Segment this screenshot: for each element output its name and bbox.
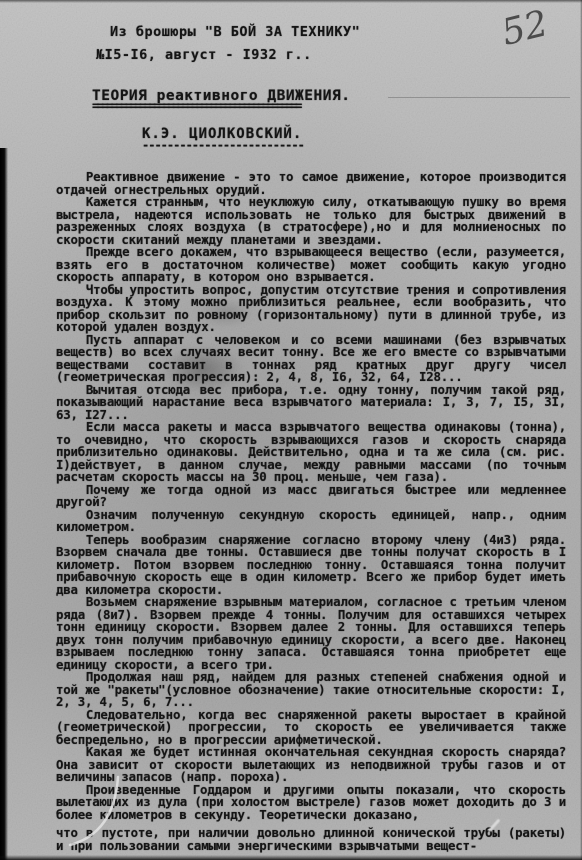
scratch-artifact	[388, 97, 570, 98]
paragraph: Чтобы упростить вопрос, допустим отсутст…	[56, 284, 566, 334]
paragraph: Продолжая наш ряд, найдем для разных сте…	[56, 671, 566, 709]
scan-edge-top	[0, 0, 582, 3]
paragraph: Прежде всего докажем, что взрывающееся в…	[56, 246, 566, 284]
paragraph: Какая же будет истинная окончательная се…	[56, 746, 566, 784]
paragraph: Если масса ракеты и масса взрывчатого ве…	[56, 421, 566, 484]
paragraph: Кажется странным, что неуклюжую силу, от…	[56, 196, 566, 246]
paragraph: Следовательно, когда вес снаряженной рак…	[56, 709, 566, 747]
paragraph: Пусть аппарат с человеком и со всеми маш…	[56, 334, 566, 384]
paragraph: Произведенные Годдаром и другими опыты п…	[56, 784, 566, 822]
source-line-2: №I5-I6, август - I932 г..	[96, 47, 312, 63]
scan-edge-bottom	[0, 855, 582, 860]
document-body: Реактивное движение - это то самое движе…	[56, 171, 566, 852]
author-underline: --------------------------	[142, 138, 304, 152]
paragraph: Почему же тогда одной из масс двигаться …	[56, 484, 566, 509]
handwritten-page-number: 52	[498, 3, 552, 54]
source-line-1: Из брошюры "В БОЙ ЗА ТЕХНИКУ"	[110, 24, 360, 40]
paragraph: Возьмем снаряжение взрывным материалом, …	[56, 596, 566, 671]
paragraph: Вычитая отсюда вес прибора, т.е. одну то…	[56, 384, 566, 422]
paragraph: Теперь вообразим снаряжение согласно вто…	[56, 534, 566, 597]
scan-edge-left	[0, 148, 8, 860]
paragraph: Означим полученную секундную скорость ед…	[56, 509, 566, 534]
author-block: К.Э. ЦИОЛКОВСКИЙ. ----------------------…	[142, 126, 304, 152]
paragraph: Реактивное движение - это то самое движе…	[56, 171, 566, 196]
title-block: ТЕОРИЯ реактивного ДВИЖЕНИЯ. ===========…	[92, 88, 350, 113]
document-page: 52 Из брошюры "В БОЙ ЗА ТЕХНИКУ" №I5-I6,…	[0, 0, 582, 860]
